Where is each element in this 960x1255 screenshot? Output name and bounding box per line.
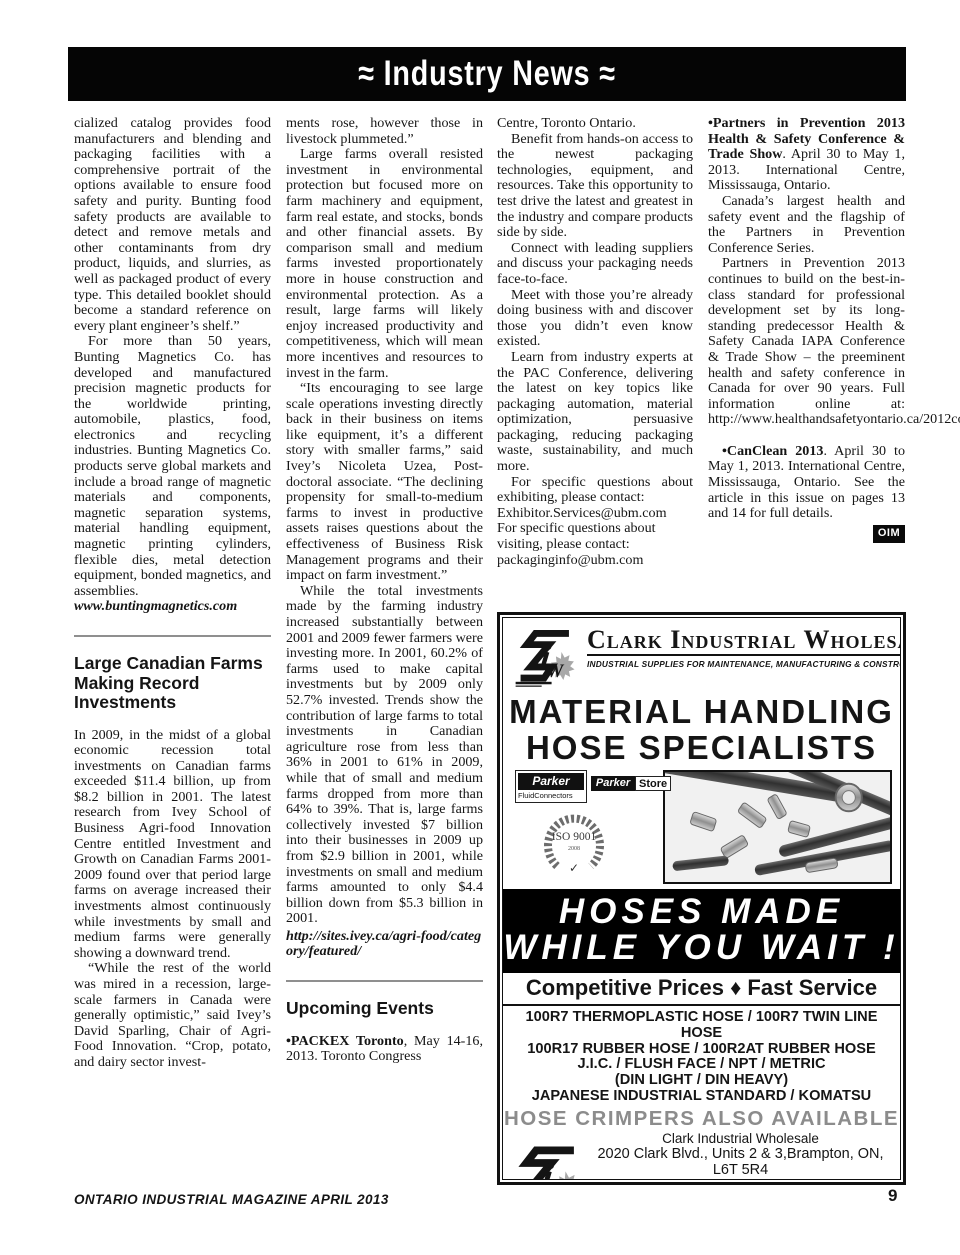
- paragraph: “While the rest of the world was mired i…: [74, 961, 271, 1070]
- page-number: 9: [888, 1186, 897, 1206]
- parker-fluidconnectors-logo: Parker FluidConnectors: [515, 770, 587, 803]
- ivey-link[interactable]: http://sites.ivey.ca/agri-food/category/…: [286, 929, 483, 960]
- column-1: cialized catalog provides food manufactu…: [74, 116, 271, 1071]
- maple-leaf-icon: [553, 1171, 580, 1180]
- column-4: •Partners in Prevention 2013 Health & Sa…: [708, 116, 905, 543]
- svg-text:2008: 2008: [568, 846, 580, 852]
- bunting-link[interactable]: www.buntingmagnetics.com: [74, 599, 271, 615]
- crimpers-note: HOSE CRIMPERS ALSO AVAILABLE: [503, 1108, 900, 1130]
- ad-contact-block: Clark Industrial Wholesale 2020 Clark Bl…: [587, 1131, 894, 1180]
- hose-type-line: JAPANESE INDUSTRIAL STANDARD / KOMATSU: [503, 1089, 900, 1105]
- hose-fittings-photo: [663, 770, 892, 884]
- parker-store-logo: Parker Store: [591, 776, 671, 791]
- event-item: •CanClean 2013. April 30 to May 1, 2013.…: [708, 444, 905, 522]
- paragraph: ments rose, however those in livestock p…: [286, 116, 483, 147]
- paragraph: Learn from industry experts at the PAC C…: [497, 350, 693, 475]
- paragraph: For specific questions about visiting, p…: [497, 521, 693, 552]
- column-3: Centre, Toronto Ontario. Benefit from ha…: [497, 116, 693, 568]
- ad-logos-column: Parker FluidConnectors Parker Store ISO …: [511, 770, 663, 884]
- ad-brand-block: Clark Industrial Wholesale INDUSTRIAL SU…: [581, 626, 901, 669]
- ad-logo-row: W Clark Industrial Wholesale INDUSTRIAL …: [503, 618, 900, 690]
- store-label: Store: [635, 776, 671, 791]
- event-name: •CanClean 2013: [722, 443, 823, 459]
- svg-text:✓: ✓: [569, 861, 579, 875]
- paragraph: Connect with leading suppliers and discu…: [497, 241, 693, 288]
- visitor-email[interactable]: packaginginfo@ubm.com: [497, 553, 693, 569]
- paragraph: For specific questions about exhibiting,…: [497, 475, 693, 506]
- paragraph: Benefit from hands-on access to the newe…: [497, 132, 693, 241]
- ad-brand-name: Clark Industrial Wholesale: [587, 626, 901, 656]
- ad-banner: HOSES MADE WHILE YOU WAIT !: [503, 889, 900, 973]
- ad-value-strip: Competitive Prices ♦ Fast Service: [503, 973, 900, 1006]
- banner-line1: HOSES MADE: [503, 894, 900, 930]
- event-name: •PACKEX Toronto: [286, 1033, 404, 1049]
- article-divider: [74, 635, 271, 637]
- paragraph: Centre, Toronto Ontario.: [497, 116, 693, 132]
- ad-contact-row: W Clark Industrial Wholesale 2020 Clark …: [503, 1130, 900, 1180]
- svg-text:ISO 9001: ISO 9001: [552, 831, 597, 843]
- ad-inner-frame: W Clark Industrial Wholesale INDUSTRIAL …: [502, 617, 901, 1180]
- paragraph: In 2009, in the midst of a global econom…: [74, 728, 271, 962]
- ad-middle-row: Parker FluidConnectors Parker Store ISO …: [503, 766, 900, 886]
- paragraph: cialized catalog provides food manufactu…: [74, 116, 271, 334]
- article-heading: Large Canadian Farms Making Record Inves…: [74, 654, 271, 713]
- hose-type-line: J.I.C. / FLUSH FACE / NPT / METRIC: [503, 1057, 900, 1073]
- footer-magazine-name: ONTARIO INDUSTRIAL MAGAZINE APRIL 2013: [74, 1192, 389, 1207]
- paragraph: Meet with those you’re already doing bus…: [497, 288, 693, 350]
- event-item: •Partners in Prevention 2013 Health & Sa…: [708, 116, 905, 194]
- banner-line2: WHILE YOU WAIT !: [503, 930, 900, 966]
- paragraph: Large farms overall resisted investment …: [286, 147, 483, 381]
- parker-fluidconnectors-label: FluidConnectors: [518, 790, 584, 800]
- ad-headline: MATERIAL HANDLING HOSE SPECIALISTS: [503, 694, 900, 766]
- contact-phones: Tel: 905-791-0470 ♦ Fax: 905-791-6417: [587, 1178, 894, 1180]
- svg-text:W: W: [547, 661, 565, 682]
- section-title: ≈ Industry News ≈: [358, 54, 616, 94]
- exhibitor-email[interactable]: Exhibitor.Services@ubm.com: [497, 506, 693, 522]
- column-2: ments rose, however those in livestock p…: [286, 116, 483, 1065]
- paragraph: For more than 50 years, Bunting Magnetic…: [74, 334, 271, 599]
- event-item: •PACKEX Toronto, May 14-16, 2013. Toront…: [286, 1034, 483, 1065]
- upcoming-events-heading: Upcoming Events: [286, 999, 483, 1019]
- ciw-logo-icon: W: [511, 626, 581, 693]
- iso-9001-seal-icon: ISO 9001 2008 ✓: [541, 806, 607, 883]
- article-divider: [286, 980, 483, 982]
- paragraph: While the total investments made by the …: [286, 584, 483, 927]
- contact-address: 2020 Clark Blvd., Units 2 & 3,Brampton, …: [587, 1146, 894, 1178]
- ad-brand-tagline: INDUSTRIAL SUPPLIES FOR MAINTENANCE, MAN…: [587, 659, 901, 669]
- paragraph: Partners in Prevention 2013 continues to…: [708, 256, 905, 428]
- paragraph: Canada’s largest health and safety event…: [708, 194, 905, 256]
- section-header-bar: ≈ Industry News ≈: [68, 47, 906, 101]
- hose-type-line: 100R7 THERMOPLASTIC HOSE / 100R7 TWIN LI…: [503, 1010, 900, 1042]
- parker-wordmark: Parker: [591, 776, 635, 791]
- hose-type-line: 100R17 RUBBER HOSE / 100R2AT RUBBER HOSE: [503, 1042, 900, 1058]
- paragraph: “Its encouraging to see large scale oper…: [286, 381, 483, 584]
- clark-industrial-ad: W Clark Industrial Wholesale INDUSTRIAL …: [497, 612, 906, 1185]
- parker-wordmark: Parker: [518, 773, 584, 790]
- ad-headline-line1: MATERIAL HANDLING: [503, 694, 900, 730]
- magazine-page: ≈ Industry News ≈ cialized catalog provi…: [0, 0, 960, 1255]
- ad-headline-line2: HOSE SPECIALISTS: [503, 730, 900, 766]
- oim-badge: OIM: [873, 525, 905, 544]
- ciw-logo-icon: W: [509, 1142, 587, 1180]
- hose-type-line: (DIN LIGHT / DIN HEAVY): [503, 1073, 900, 1089]
- contact-name: Clark Industrial Wholesale: [587, 1131, 894, 1146]
- hose-type-list: 100R7 THERMOPLASTIC HOSE / 100R7 TWIN LI…: [503, 1006, 900, 1105]
